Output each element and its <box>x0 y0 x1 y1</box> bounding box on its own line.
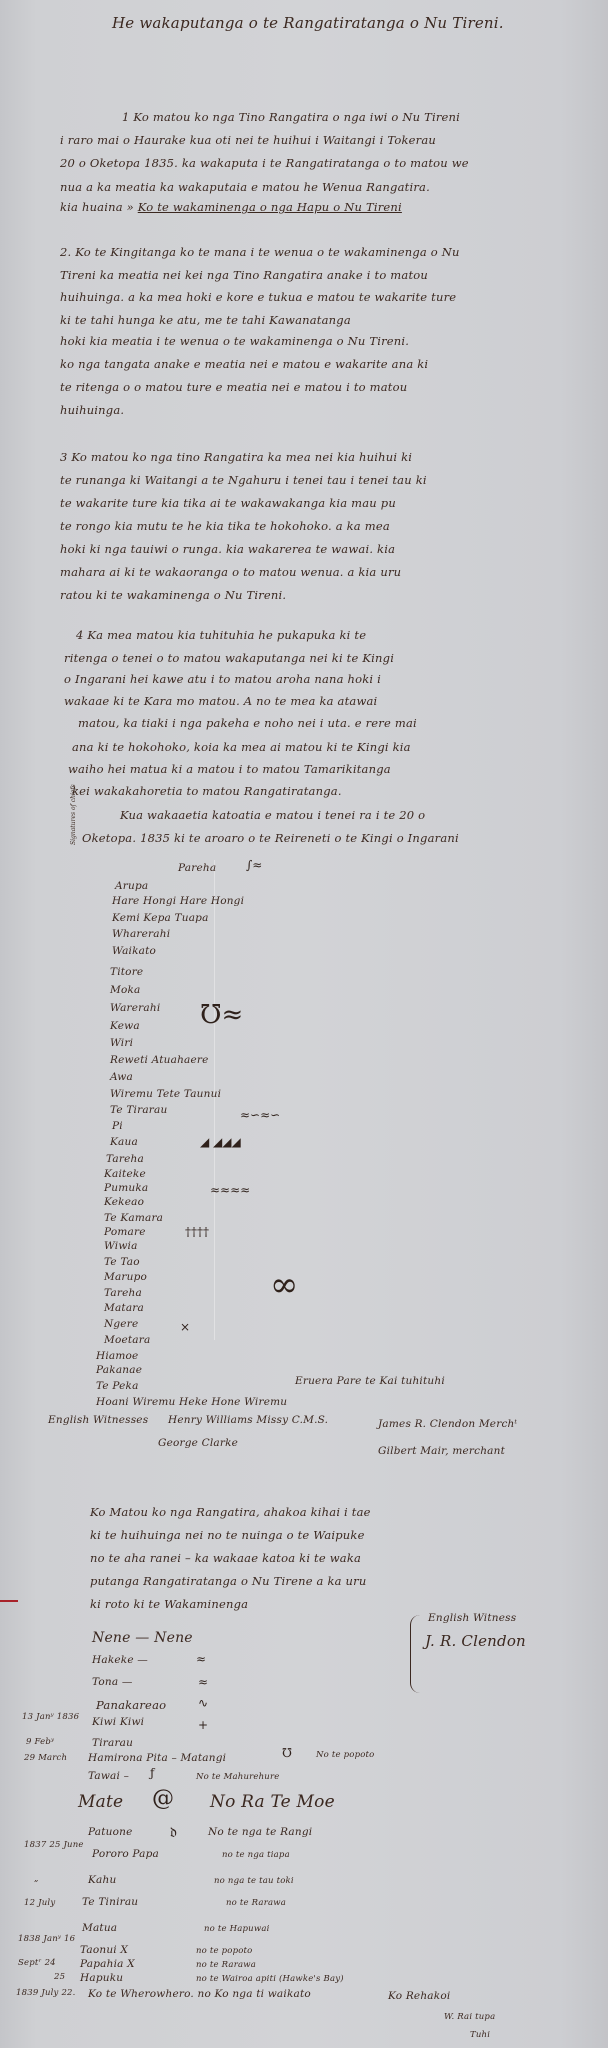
spiral-moko-icon: @ <box>152 1786 174 1811</box>
text-line: putanga Rangatiratanga o Nu Tirene a ka … <box>90 1574 366 1588</box>
signatory-name: Kemi Kepa Tuapa <box>112 912 209 924</box>
text-line: Tireni ka meatia nei kei nga Tino Rangat… <box>60 268 428 282</box>
signatory-name: Hiamoe <box>96 1350 138 1362</box>
signatory-name: Matua <box>82 1922 117 1934</box>
text-line: te rongo kia mutu te he kia tika te hoko… <box>60 519 390 533</box>
hapu-note: no te Rarawa <box>226 1898 286 1908</box>
text-line: o Ingarani hei kawe atu i to matou aroha… <box>64 672 381 686</box>
signatory-name: Nene — Nene <box>92 1630 193 1646</box>
text-line: kia huaina » Ko te wakaminenga o nga Hap… <box>60 200 402 214</box>
brace-icon <box>410 1615 425 1693</box>
cross-mark-icon: + <box>198 1718 208 1732</box>
signatory-name: Warerahi <box>110 1002 160 1014</box>
signatory-name: Kaiteke <box>104 1168 146 1180</box>
witness-label: English Witness <box>428 1612 516 1624</box>
signatory-name: Moetara <box>104 1334 150 1346</box>
signatory-name: Awa <box>110 1071 133 1083</box>
hapu-note: no te Hapuwai <box>204 1924 270 1934</box>
cross-mark-icon: × <box>180 1320 190 1334</box>
hapu-note: no nga te tau toki <box>214 1876 294 1886</box>
moko-mark-icon: ∿ <box>198 1696 208 1710</box>
closing-line: Oketopa. 1835 ki te aroaro o te Reirenet… <box>82 831 459 845</box>
red-margin-mark <box>0 1600 18 1602</box>
text-line: ana ki te hokohoko, koia ka mea ai matou… <box>72 740 411 754</box>
text-line: hoki kia meatia i te wenua o te wakamine… <box>60 334 409 348</box>
footer-note: Tuhi <box>470 2030 490 2040</box>
text-line: mahara ai ki te wakaoranga o to matou we… <box>60 565 401 579</box>
footer-note: W. Rai tupa <box>444 2012 495 2022</box>
signatory-name: Reweti Atuahaere <box>110 1054 209 1066</box>
manuscript-page: He wakaputanga o te Rangatiratanga o Nu … <box>0 0 608 2048</box>
witness-name: James R. Clendon Merchᵗ <box>378 1418 517 1430</box>
signatory-name: Matara <box>104 1302 144 1314</box>
signatory-name: Wiri <box>110 1037 133 1049</box>
date-label: 12 July <box>24 1898 55 1908</box>
signatory-name: Taonui X <box>80 1944 128 1956</box>
text-line: huihuinga. a ka mea hoki e kore e tukua … <box>60 290 456 304</box>
signatory-name: Hamirona Pita – Matangi <box>88 1752 226 1764</box>
signatory-name: Patuone <box>88 1826 133 1838</box>
text-line: ko nga tangata anake e meatia nei e mato… <box>60 357 428 371</box>
moko-mark-icon: ≈ <box>198 1675 208 1689</box>
closing-line: Kua wakaaetia katoatia e matou i tenei r… <box>120 808 425 822</box>
signatory-name: Ko te Wherowhero. no Ko nga ti waikato <box>88 1988 311 2000</box>
signatory-name: Te Tirarau <box>110 1104 167 1116</box>
signatory-name: Waikato <box>112 945 156 957</box>
signatory-name: Tareha <box>106 1153 144 1165</box>
signatory-name: Mate <box>78 1792 123 1812</box>
signatory-name: Te Peka <box>96 1380 139 1392</box>
hapu-note: No te popoto <box>316 1750 374 1760</box>
moko-mark-icon: ℧ <box>282 1746 292 1760</box>
date-label: 29 March <box>24 1753 67 1763</box>
text-line: 20 o Oketopa 1835. ka wakaputa i te Rang… <box>60 156 469 170</box>
hapu-note: no te nga tiapa <box>222 1850 290 1860</box>
signatory-name: Tona — <box>92 1676 133 1688</box>
text-line: te wakarite ture kia tika ai te wakawaka… <box>60 496 396 510</box>
cross-mark-icon: †††† <box>185 1225 209 1239</box>
signatory-name: Tareha <box>104 1287 142 1299</box>
text-line: 3 Ko matou ko nga tino Rangatira ka mea … <box>60 450 412 464</box>
text-line: wakaae ki te Kara mo matou. A no te mea … <box>64 694 377 708</box>
date-label: 1839 July 22. <box>16 1988 76 1998</box>
signatory-name: Te Tao <box>104 1256 140 1268</box>
moko-mark-icon: ƒ <box>150 1766 154 1780</box>
text-line: ritenga o tenei o to matou wakaputanga n… <box>64 651 394 665</box>
signatory-name: Kiwi Kiwi <box>92 1716 144 1728</box>
signatory-name: Ngere <box>104 1318 138 1330</box>
signatory-name: Hare Hongi Hare Hongi <box>112 895 244 907</box>
text-line: te ritenga o o matou ture e meatia nei e… <box>60 380 407 394</box>
text-line: te runanga ki Waitangi a te Ngahuru i te… <box>60 473 427 487</box>
text-line: ratou ki te wakaminenga o Nu Tireni. <box>60 588 286 602</box>
text-line: matou, ka tiaki i nga pakeha e noho nei … <box>78 716 417 730</box>
paper-fold <box>214 860 215 1340</box>
witness-signature: J. R. Clendon <box>425 1632 526 1650</box>
text-line: no te aha ranei – ka wakaae katoa ki te … <box>90 1551 361 1565</box>
date-label: „ <box>34 1874 39 1884</box>
page-title: He wakaputanga o te Rangatiratanga o Nu … <box>112 14 504 32</box>
margin-note: Signatures of chiefs <box>70 775 77 845</box>
moko-mark-icon: ≈ <box>196 1652 206 1666</box>
text-line: kei wakakahoretia to matou Rangatiratang… <box>72 784 342 798</box>
signatory-name: Panakareao <box>96 1698 166 1712</box>
signatory-name: Arupa <box>115 880 148 892</box>
signatory-name: Pakanae <box>96 1364 142 1376</box>
signatory-header: Pareha <box>178 862 216 874</box>
witnesses-label: English Witnesses <box>48 1414 148 1426</box>
hapu-note: no te popoto <box>196 1946 253 1956</box>
witness-name: Henry Williams Missy C.M.S. <box>168 1414 328 1426</box>
witness-name: Gilbert Mair, merchant <box>378 1445 505 1457</box>
hapu-note: no te Rarawa <box>196 1960 256 1970</box>
text-fragment: kia huaina <box>60 200 123 214</box>
signatory-name: Wiwia <box>104 1240 138 1252</box>
signatory-name: Tawai – <box>88 1770 129 1782</box>
translator-note: Eruera Pare te Kai tuhituhi <box>295 1375 445 1387</box>
text-line: waiho hei matua ki a matou i to matou Ta… <box>68 762 391 776</box>
date-label: 1838 Janʸ 16 <box>18 1934 75 1944</box>
signatory-name: Kahu <box>88 1874 116 1886</box>
hapu-note: no te Wairoa apiti (Hawke's Bay) <box>196 1974 344 1984</box>
hapu-note: No Ra Te Moe <box>210 1792 335 1812</box>
date-label: 9 Febʸ <box>26 1737 54 1747</box>
moko-mark-icon: ℧≈ <box>200 1000 243 1030</box>
signatory-name: Kewa <box>110 1020 140 1032</box>
signatory-name: Hapuku <box>80 1972 123 1984</box>
text-line: ki roto ki te Wakaminenga <box>90 1597 248 1611</box>
signatory-name: Wharerahi <box>112 928 170 940</box>
date-label: 13 Janʸ 1836 <box>22 1712 79 1722</box>
signatory-name: Te Tinirau <box>82 1896 138 1908</box>
text-line: i raro mai o Haurake kua oti nei te huih… <box>60 133 436 147</box>
text-line: 1 Ko matou ko nga Tino Rangatira o nga i… <box>122 110 460 124</box>
moko-mark-icon: ≈≈≈≈ <box>210 1183 250 1197</box>
confederation-name: Ko te wakaminenga o nga Hapu o Nu Tireni <box>138 200 402 214</box>
text-line: 4 Ka mea matou kia tuhituhia he pukapuka… <box>76 628 366 642</box>
date-label: Septʳ 24 <box>18 1958 56 1968</box>
date-label: 1837 25 June <box>24 1840 84 1850</box>
signatory-name: Pumuka <box>104 1182 148 1194</box>
moko-mark-icon: ◢ ◢◢◢ <box>200 1135 241 1149</box>
signatory-name: Titore <box>110 966 143 978</box>
signatory-name: Hakeke — <box>92 1654 148 1666</box>
signatory-name: Kaua <box>110 1136 138 1148</box>
signatory-name: Pororo Papa <box>92 1848 159 1860</box>
signatory-name: Kekeao <box>104 1196 144 1208</box>
moko-mark-icon: ∫≈ <box>246 858 262 872</box>
text-line: Ko Matou ko nga Rangatira, ahakoa kihai … <box>90 1505 371 1519</box>
signatory-name: Papahia X <box>80 1958 135 1970</box>
witness-name: George Clarke <box>158 1437 238 1449</box>
moko-mark-icon: 𝔡 <box>170 1823 177 1841</box>
signatory-name: Tirarau <box>92 1737 133 1749</box>
signatory-name: Wiremu Tete Taunui <box>110 1088 221 1100</box>
signatory-name: Hoani Wiremu Heke Hone Wiremu <box>96 1396 287 1408</box>
signatory-name: Te Kamara <box>104 1212 163 1224</box>
moko-mark-icon: ∞ <box>270 1265 298 1305</box>
hapu-note: No te nga te Rangi <box>208 1826 312 1838</box>
signatory-name: Moka <box>110 984 141 996</box>
signatory-name: Marupo <box>104 1271 147 1283</box>
moko-mark-icon: ≈∽≈∽ <box>240 1108 280 1122</box>
text-line: nua a ka meatia ka wakaputaia e matou he… <box>60 180 430 194</box>
hapu-note: Ko Rehakoi <box>388 1990 450 2002</box>
signatory-name: Pomare <box>104 1226 146 1238</box>
hapu-note: No te Mahurehure <box>196 1772 279 1782</box>
text-line: ki te huihuinga nei no te nuinga o te Wa… <box>90 1528 365 1542</box>
text-line: hoki ki nga tauiwi o runga. kia wakarere… <box>60 542 395 556</box>
text-line: huihuinga. <box>60 403 124 417</box>
text-line: ki te tahi hunga ke atu, me te tahi Kawa… <box>60 313 351 327</box>
signatory-name: Pi <box>112 1120 123 1132</box>
text-line: 2. Ko te Kingitanga ko te mana i te wenu… <box>60 245 460 259</box>
date-label: 25 <box>54 1972 65 1982</box>
